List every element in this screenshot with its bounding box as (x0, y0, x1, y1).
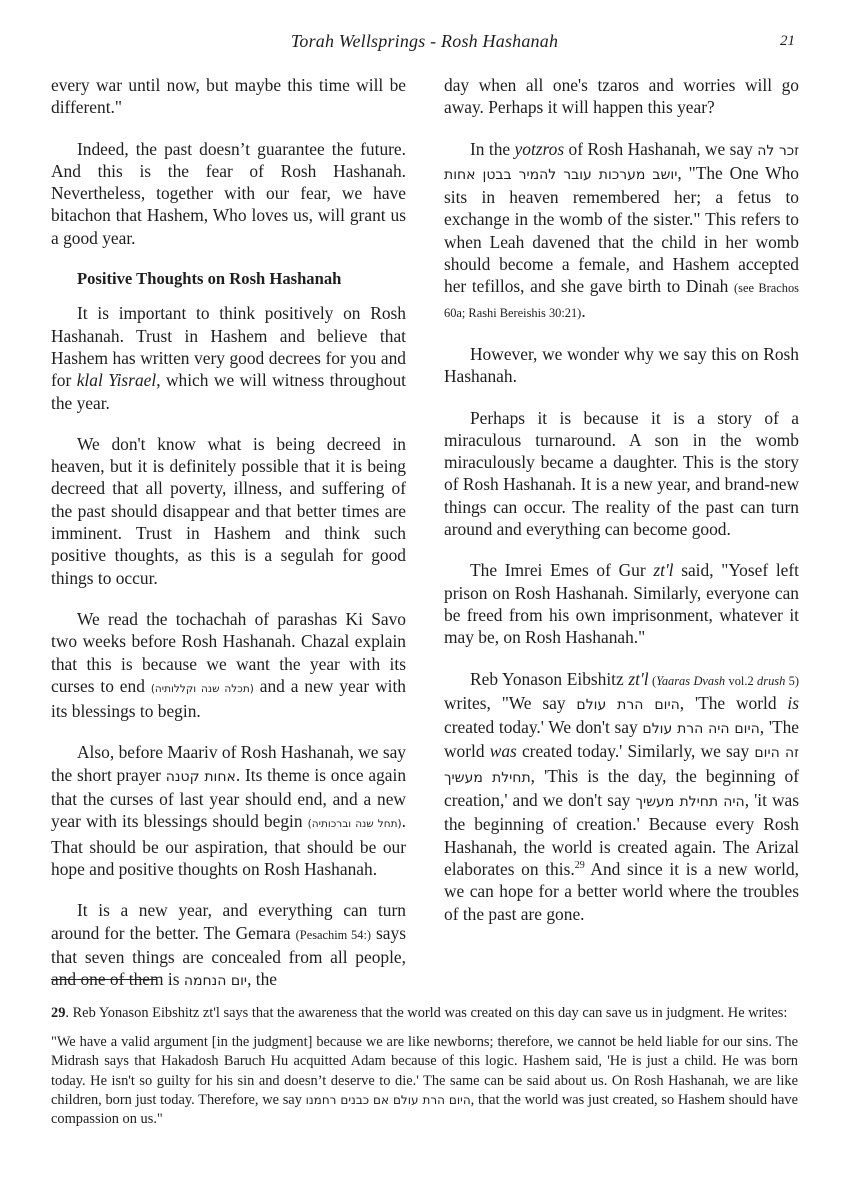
hebrew-text: אחות קטנה (166, 769, 236, 785)
text: 5) (785, 674, 799, 688)
italic-term: yotzros (515, 139, 565, 159)
italic-term: klal Yisrael (77, 370, 157, 390)
hebrew-text: היום היה הרת עולם (642, 721, 759, 737)
italic-term: was (490, 741, 517, 761)
source-citation: (Yaaras Dvash vol.2 drush 5) (649, 674, 799, 688)
italic-term: drush (757, 674, 785, 688)
paragraph: We read the tochachah of parashas Ki Sav… (51, 608, 406, 722)
source-citation: (Pesachim 54:) (296, 928, 371, 942)
paragraph: In the yotzros of Rosh Hashanah, we say … (444, 138, 799, 324)
text: . (581, 301, 585, 321)
footnote-number: 29 (51, 1005, 65, 1021)
text: . Reb Yonason Eibshitz zt'l says that th… (65, 1005, 787, 1021)
italic-term: zt'l (653, 560, 673, 580)
book-title: Torah Wellsprings - Rosh Hashanah (0, 31, 849, 52)
footnotes: 29. Reb Yonason Eibshitz zt'l says that … (51, 1004, 798, 1139)
footnote-reference[interactable]: 29 (575, 860, 585, 871)
text: , 'The world (680, 693, 788, 713)
italic-term: is (787, 693, 799, 713)
page-number: 21 (780, 33, 795, 50)
paragraph: Also, before Maariv of Rosh Hashanah, we… (51, 741, 406, 880)
hebrew-citation: (תכלה שנה וקללותיה) (151, 683, 254, 695)
paragraph: Indeed, the past doesn’t guarantee the f… (51, 138, 406, 249)
paragraph: However, we wonder why we say this on Ro… (444, 343, 799, 388)
text: The Imrei Emes of Gur (470, 560, 653, 580)
section-heading: Positive Thoughts on Rosh Hashanah (51, 268, 406, 290)
text: vol.2 (725, 674, 757, 688)
hebrew-text: יום הנחמה (184, 973, 247, 989)
hebrew-text: היה תחילת מעשיך (635, 794, 744, 810)
text: of Rosh Hashanah, we say (564, 139, 757, 159)
text: ( (649, 674, 657, 688)
italic-term: zt'l (628, 669, 648, 689)
right-column: day when all one's tzaros and worries wi… (444, 74, 799, 944)
text: In the (470, 139, 515, 159)
italic-term: Yaaras Dvash (656, 674, 725, 688)
paragraph: every war until now, but maybe this time… (51, 74, 406, 119)
paragraph: Perhaps it is because it is a story of a… (444, 407, 799, 541)
text: Reb Yonason Eibshitz (470, 669, 628, 689)
hebrew-text: היום הרת עולם (576, 697, 679, 713)
text: , the (247, 969, 277, 989)
left-column: every war until now, but maybe this time… (51, 74, 406, 1011)
footnote: 29. Reb Yonason Eibshitz zt'l says that … (51, 1004, 798, 1023)
running-header: Torah Wellsprings - Rosh Hashanah 21 (0, 31, 849, 57)
paragraph: It is important to think positively on R… (51, 302, 406, 413)
text: created today.' Similarly, we say (517, 741, 755, 761)
paragraph: day when all one's tzaros and worries wi… (444, 74, 799, 119)
hebrew-text: היום הרת עולם אם כבנים רחמנו (306, 1093, 471, 1107)
hebrew-citation: (תחל שנה וברכותיה) (308, 818, 402, 830)
footnote-divider (51, 979, 157, 980)
paragraph: The Imrei Emes of Gur zt'l said, "Yosef … (444, 559, 799, 648)
footnote-quote: "We have a valid argument [in the judgme… (51, 1033, 798, 1129)
text: writes, "We say (444, 693, 576, 713)
paragraph: We don't know what is being decreed in h… (51, 433, 406, 589)
paragraph: Reb Yonason Eibshitz zt'l (Yaaras Dvash … (444, 668, 799, 925)
text: created today.' We don't say (444, 717, 642, 737)
